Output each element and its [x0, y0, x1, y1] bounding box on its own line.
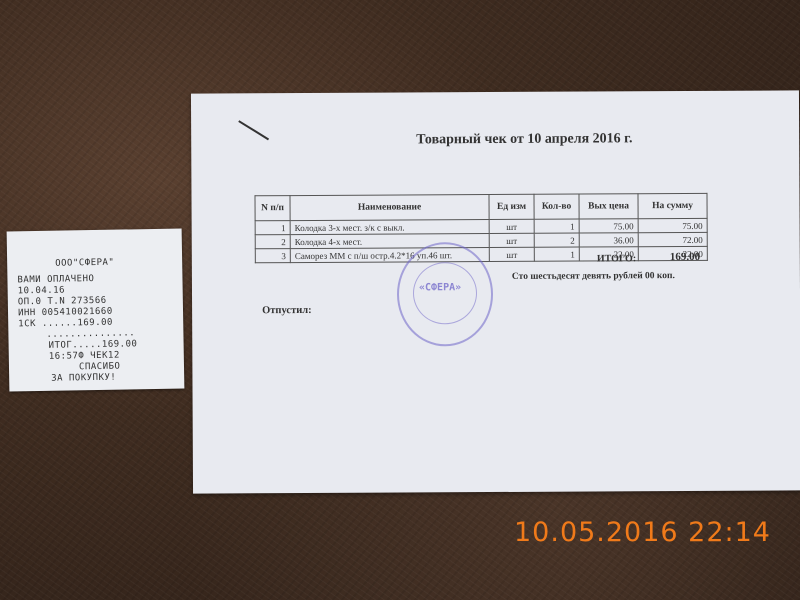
col-qty: Кол-во [534, 194, 579, 219]
receipt-line: ............... [46, 328, 135, 340]
receipt-line: ЗА ПОКУПКУ! [51, 373, 116, 384]
thermal-cash-receipt: ООО"СФЕРА" ВАМИ ОПЛАЧЕНО 10.04.16 ОП.0 Т… [7, 228, 185, 391]
cell-sum: 72.00 [638, 232, 707, 246]
receipt-line: ИТОГ.....169.00 [49, 339, 138, 351]
pen-mark [238, 120, 269, 140]
cell-n: 3 [255, 249, 290, 263]
col-name: Наименование [290, 195, 489, 221]
receipt-line: 10.04.16 [18, 286, 66, 297]
cell-price: 36.00 [579, 233, 638, 247]
total-value: 169.00 [670, 251, 700, 263]
cell-unit: шт [489, 219, 534, 233]
total-in-words: Сто шестьдесят девять рублей 00 коп. [512, 271, 675, 282]
cell-price: 75.00 [579, 219, 638, 233]
items-table: N п/п Наименование Ед изм Кол-во Вых цен… [254, 193, 707, 263]
col-price: Вых цена [579, 194, 638, 219]
receipt-title: Товарный чек от 10 апреля 2016 г. [416, 131, 632, 148]
receipt-line: СПАСИБО [79, 362, 121, 373]
total-label: ИТОГО: [597, 253, 636, 264]
cell-n: 1 [255, 221, 290, 235]
receipt-line: ОП.0 Т.N 273566 [18, 296, 107, 308]
receipt-line: ВАМИ ОПЛАЧЕНО [17, 274, 94, 285]
col-unit: Ед изм [489, 194, 534, 219]
stamp-company-name: «СФЕРА» [419, 282, 461, 293]
cell-sum: 75.00 [638, 218, 707, 232]
col-sum: На сумму [638, 193, 707, 218]
cell-qty: 1 [534, 247, 579, 261]
cell-qty: 2 [534, 233, 579, 247]
cell-unit: шт [489, 233, 534, 247]
cell-name: Колодка 3-х мест. з/к с выкл. [290, 220, 489, 235]
table-header-row: N п/п Наименование Ед изм Кол-во Вых цен… [255, 193, 707, 220]
cell-qty: 1 [534, 219, 579, 233]
receipt-line: 1СК ......169.00 [18, 318, 113, 330]
receipt-line: ИНН 005410021660 [18, 307, 113, 319]
company-stamp: «СФЕРА» [397, 242, 494, 347]
cell-n: 2 [255, 235, 290, 249]
sales-receipt-paper: Товарный чек от 10 апреля 2016 г. N п/п … [191, 90, 800, 493]
released-by-label: Отпустил: [262, 305, 312, 316]
receipt-line: ООО"СФЕРА" [55, 258, 114, 269]
camera-datestamp: 10.05.2016 22:14 [514, 517, 771, 548]
cell-unit: шт [489, 247, 534, 261]
receipt-line: 16:57Ф ЧЕК12 [49, 351, 120, 362]
col-number: N п/п [255, 196, 290, 221]
